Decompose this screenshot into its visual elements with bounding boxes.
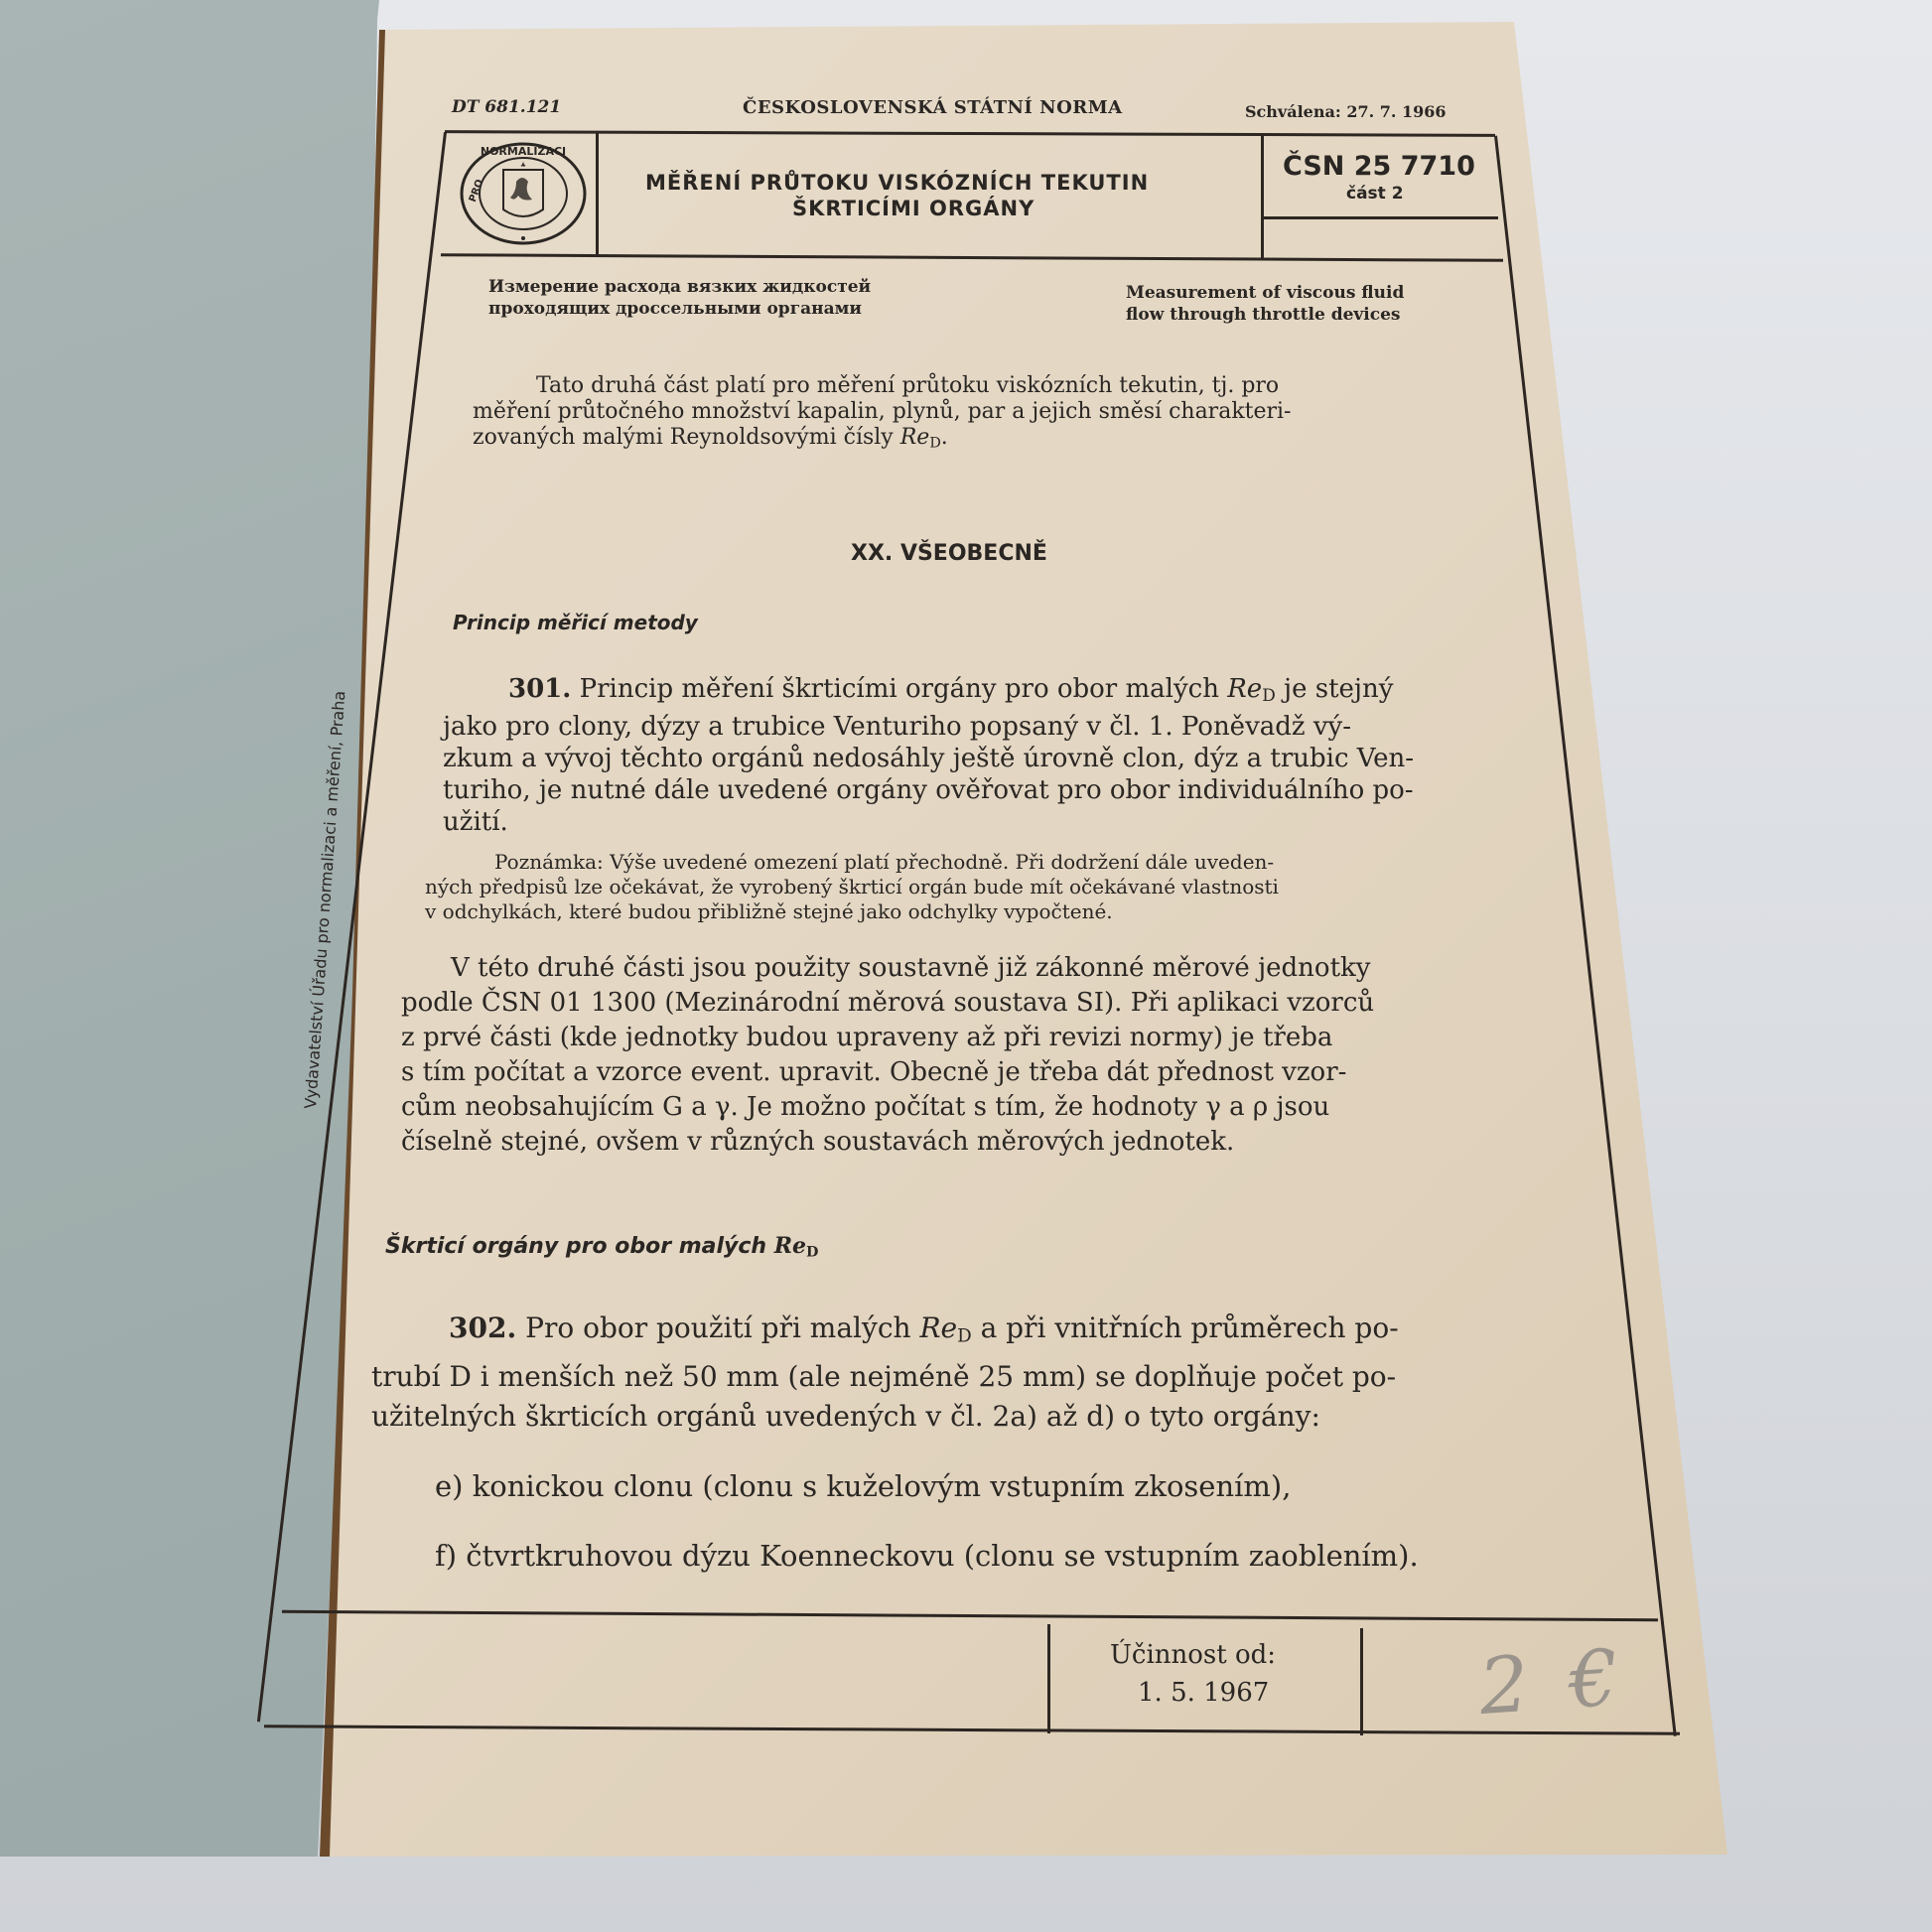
units-line: V této druhé části jsou použity soustavn… [401,951,1374,986]
note-line: Poznámka: Výše uvedené omezení platí pře… [425,850,1279,875]
svg-text:PRO: PRO [468,178,485,204]
handwritten-price: 2 € [1476,1633,1629,1732]
frame-right-border [1494,136,1677,1736]
intro-line: měření průtočného množství kapalin, plyn… [473,399,1292,425]
units-line: cům neobsahujícím G a γ. Je možno počíta… [401,1090,1374,1125]
section-heading: XX. VŠEOBECNĚ [851,541,1047,566]
english-title-line1: Measurement of viscous fluid [1126,282,1404,304]
article-301-line: turiho, je nutné dále uvedené orgány ově… [443,774,1414,806]
document-title-line2: ŠKRTICÍMI ORGÁNY [792,197,1035,220]
note-line: ných předpisů lze očekávat, že vyrobený … [425,875,1279,899]
article-302: 302. Pro obor použití při malých ReD a p… [371,1309,1399,1437]
article-301: 301. Princip měření škrticími orgány pro… [443,673,1414,838]
frame-left-border [257,132,447,1722]
office-stamp-icon: NORMALIZACI PRO [459,142,588,246]
article-302-line: trubí D i menších než 50 mm (ale nejméně… [371,1357,1399,1397]
document-title-line1: MĚŘENÍ PRŮTOKU VISKÓZNÍCH TEKUTIN [645,171,1149,195]
stamp-divider [596,133,599,257]
footer-top-line [282,1610,1658,1621]
english-title: Measurement of viscous fluid flow throug… [1126,282,1404,326]
russian-title-line1: Измерение расхода вязких жидкостей [488,276,871,298]
note-paragraph: Poznámka: Výše uvedené omezení platí pře… [425,850,1279,924]
units-line: podle ČSN 01 1300 (Mezinárodní měrová so… [401,986,1374,1021]
subheading-principle: Princip měřicí metody [453,611,698,634]
units-line: z prvé části (kde jednotky budou upraven… [401,1021,1374,1055]
article-302-line: užitelných škrticích orgánů uvedených v … [371,1397,1399,1437]
standard-number: ČSN 25 7710 [1283,151,1475,182]
frame-top-line [445,130,1495,137]
footer-divider-2 [1360,1628,1363,1735]
article-301-line: užití. [443,806,1414,838]
page-content: DT 681.121 ČESKOSLOVENSKÁ STÁTNÍ NORMA S… [0,0,1932,1932]
russian-title: Измерение расхода вязких жидкостей прохо… [488,276,871,320]
effective-date: 1. 5. 1967 [1138,1678,1269,1708]
frame-header-bottom-line [441,253,1503,262]
article-302-number: 302. [449,1311,516,1344]
re-symbol: ReD [1227,674,1276,704]
list-item-f: f) čtvrtkruhovou dýzu Koenneckovu (clonu… [435,1521,1419,1590]
russian-title-line2: проходящих дроссельными органами [488,298,871,320]
intro-line: zovaných malými Reynoldsovými čísly ReD. [473,425,1292,457]
footer-divider-1 [1047,1624,1050,1733]
english-title-line2: flow through throttle devices [1126,304,1404,326]
publisher-imprint: Vydavatelství Úřadu pro normalizaci a mě… [301,554,358,1110]
units-paragraph: V této druhé části jsou použity soustavn… [401,951,1374,1160]
re-symbol: ReD [919,1311,971,1344]
dt-code: DT 681.121 [452,97,561,117]
intro-line: Tato druhá část platí pro měření průtoku… [473,373,1292,399]
number-box-midline [1264,216,1498,219]
number-box-divider [1261,135,1264,259]
subheading-throttle-devices: Škrticí orgány pro obor malých ReD [385,1233,818,1261]
approved-date: Schválena: 27. 7. 1966 [1245,102,1447,121]
norm-label: ČESKOSLOVENSKÁ STÁTNÍ NORMA [743,97,1123,118]
units-line: číselně stejné, ovšem v různých soustavá… [401,1125,1374,1160]
article-301-line: jako pro clony, dýzy a trubice Venturiho… [443,711,1414,743]
article-302-items: e) konickou clonu (clonu s kuželovým vst… [435,1451,1419,1590]
units-line: s tím počítat a vzorce event. upravit. O… [401,1055,1374,1090]
effective-label: Účinnost od: [1110,1640,1276,1670]
article-301-number: 301. [508,674,571,704]
footer-bottom-line [264,1725,1680,1734]
note-line: v odchylkách, které budou přibližně stej… [425,899,1279,924]
intro-paragraph: Tato druhá část platí pro měření průtoku… [473,373,1292,457]
list-item-e: e) konickou clonu (clonu s kuželovým vst… [435,1451,1419,1521]
standard-part: část 2 [1346,184,1404,204]
article-301-line: zkum a vývoj těchto orgánů nedosáhly ješ… [443,743,1414,774]
svg-text:NORMALIZACI: NORMALIZACI [481,145,566,158]
